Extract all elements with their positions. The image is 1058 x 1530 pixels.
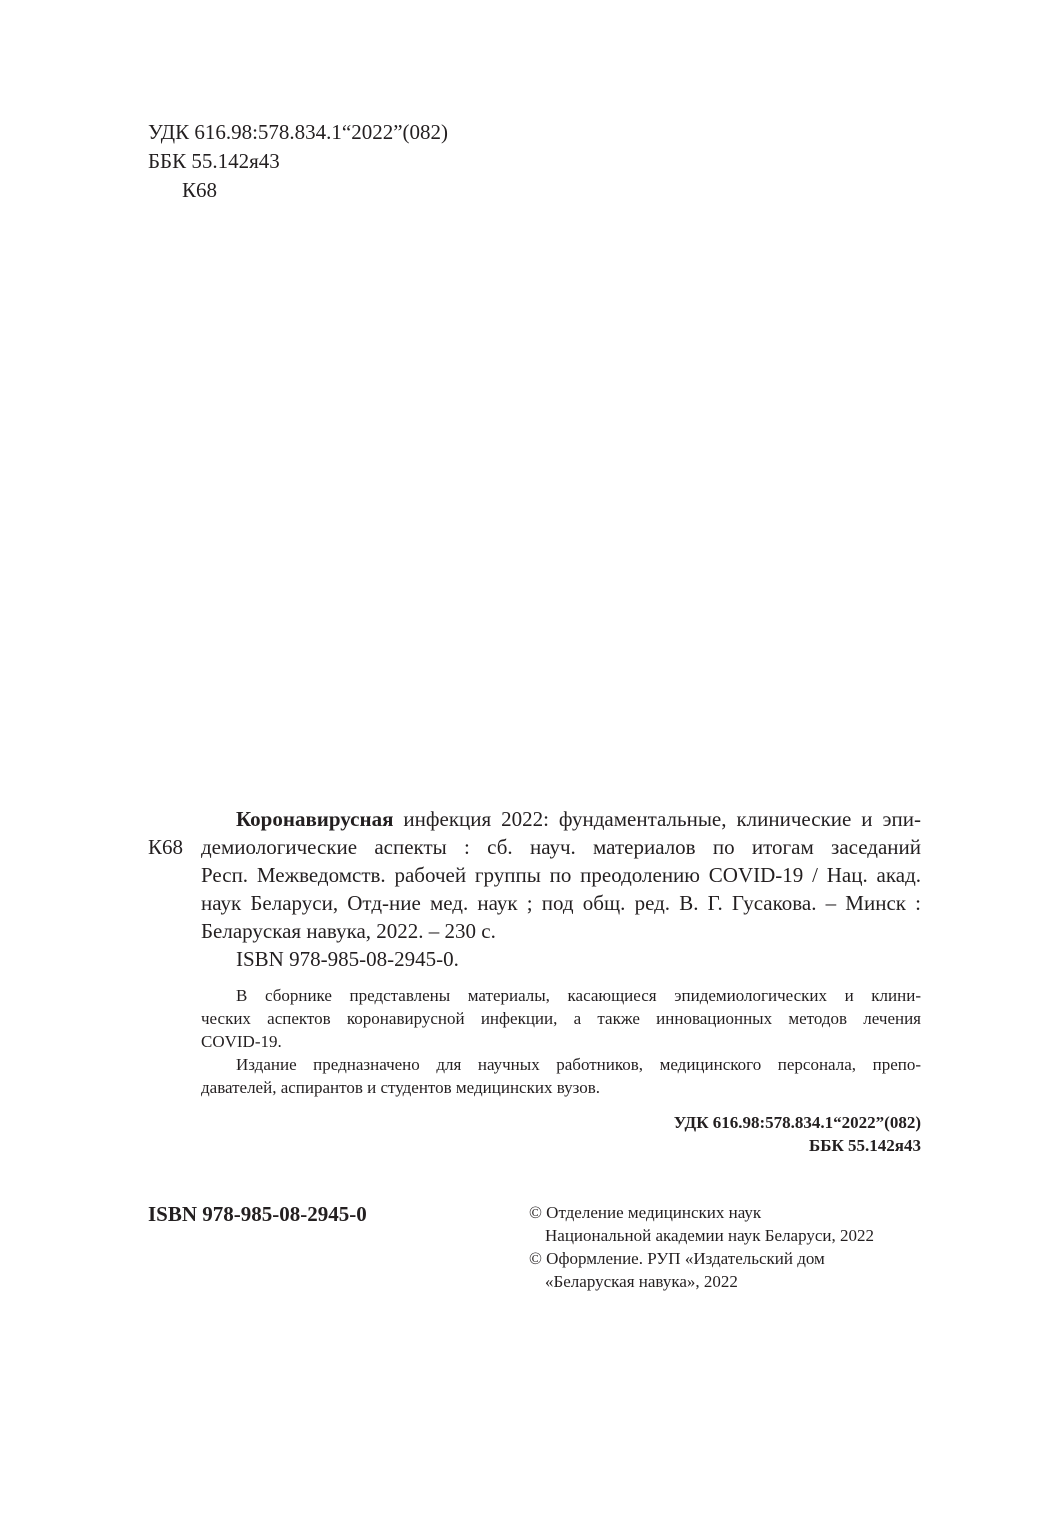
annotation-p1-line-2: ческих аспектов коронавирусной инфекции,… (201, 1007, 921, 1030)
record-line-1: Коронавирусная инфекция 2022: фундамента… (236, 805, 921, 833)
bbk-code-bottom: ББК 55.142я43 (809, 1134, 921, 1157)
author-mark-top: К68 (182, 176, 217, 205)
copyright-line-2: Национальной академии наук Беларуси, 202… (545, 1224, 874, 1247)
copyright-line-3: © Оформление. РУП «Издательский дом (529, 1247, 825, 1270)
record-title-bold: Коронавирусная (236, 807, 393, 831)
record-line-5: Беларуская навука, 2022. – 230 с. (201, 917, 496, 945)
isbn-bold: ISBN 978-985-08-2945-0 (148, 1200, 367, 1228)
record-line-3: Респ. Межведомств. рабочей группы по пре… (201, 861, 921, 889)
udk-code-bottom: УДК 616.98:578.834.1“2022”(082) (674, 1111, 921, 1134)
record-line-4: наук Беларуси, Отд-ние мед. наук ; под о… (201, 889, 921, 917)
copyright-line-4: «Беларуская навука», 2022 (545, 1270, 738, 1293)
annotation-p2-line-1: Издание предназначено для научных работн… (236, 1053, 921, 1076)
record-line-2: демиологические аспекты : сб. науч. мате… (201, 833, 921, 861)
udk-code-top: УДК 616.98:578.834.1“2022”(082) (148, 118, 448, 147)
annotation-p2-line-2: давателей, аспирантов и студентов медици… (201, 1076, 600, 1099)
bbk-code-top: ББК 55.142я43 (148, 147, 280, 176)
annotation-p1-line-3: COVID-19. (201, 1030, 282, 1053)
author-mark: К68 (148, 833, 183, 861)
copyright-line-1: © Отделение медицинских наук (529, 1201, 761, 1224)
annotation-p1-line-1: В сборнике представлены материалы, касаю… (236, 984, 921, 1007)
record-isbn: ISBN 978-985-08-2945-0. (236, 945, 459, 973)
